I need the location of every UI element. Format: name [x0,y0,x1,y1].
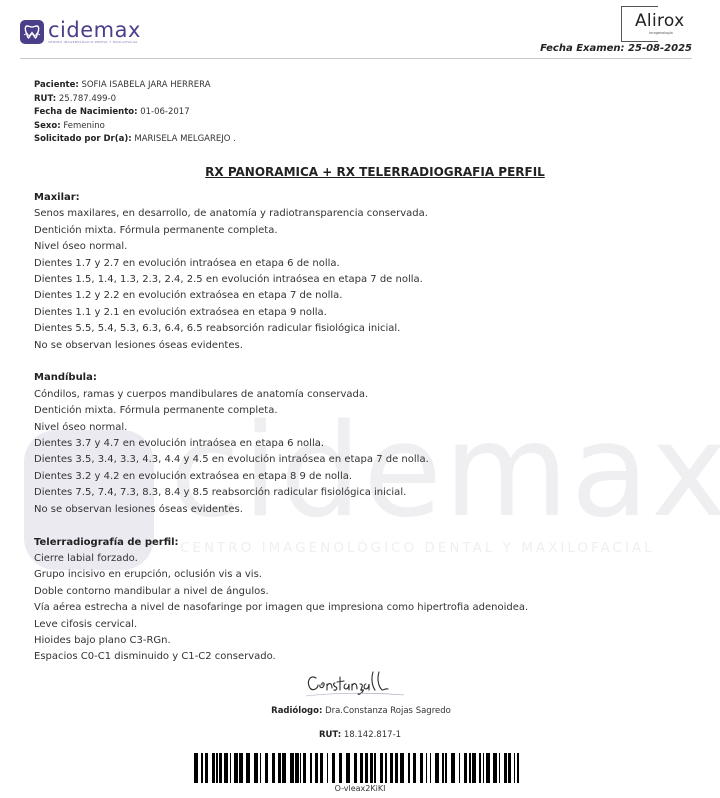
finding-line: Espacios C0-C1 disminuido y C1-C2 conser… [34,649,700,665]
radiologist-rut: RUT: 18.142.817-1 [0,730,720,740]
finding-line: Dientes 1.1 y 2.1 en evolución extraósea… [34,305,700,321]
finding-line: Dentición mixta. Fórmula permanente comp… [34,403,700,419]
cidemax-logo: cidemax CENTRO IMAGENOLÓGICO DENTAL Y MA… [20,20,141,44]
finding-line: Cierre labial forzado. [34,551,700,567]
finding-line: Nivel óseo normal. [34,420,700,436]
patient-name: SOFIA ISABELA JARA HERRERA [81,80,210,90]
patient-dob: 01-06-2017 [140,107,189,117]
alirox-logo: Alirox Imagenología [621,6,687,40]
finding-line: Dientes 1.7 y 2.7 en evolución intraósea… [34,256,700,272]
finding-line: No se observan lesiones óseas evidentes. [34,338,700,354]
logo-name: cidemax [48,20,141,40]
patient-name-label: Paciente: [34,80,79,90]
radiologist-rut-label: RUT: [319,730,341,740]
finding-line: Cóndilos, ramas y cuerpos mandibulares d… [34,387,700,403]
patient-sex: Femenino [63,121,105,131]
exam-date: Fecha Examen: 25-08-2025 [540,43,692,54]
signature-icon [300,668,410,702]
finding-line: Grupo incisivo en erupción, oclusión vis… [34,567,700,583]
patient-rut-row: RUT: 25.787.499-0 [34,93,236,107]
requested-by-label: Solicitado por Dr(a): [34,134,132,144]
header-divider [20,58,692,59]
patient-rut-label: RUT: [34,94,56,104]
report-section: Mandíbula:Cóndilos, ramas y cuerpos mand… [34,370,700,518]
report-body: Maxilar:Senos maxilares, en desarrollo, … [34,190,700,682]
finding-line: Doble contorno mandibular a nivel de áng… [34,584,700,600]
exam-date-value: 25-08-2025 [628,43,692,54]
patient-sex-label: Sexo: [34,121,61,131]
finding-line: Hioides bajo plano C3-RGn. [34,633,700,649]
requested-by: MARISELA MELGAREJO . [134,134,236,144]
finding-line: Dientes 3.2 y 4.2 en evolución extraósea… [34,469,700,485]
patient-name-row: Paciente: SOFIA ISABELA JARA HERRERA [34,79,236,93]
tooth-icon [20,20,44,44]
radiologist-name: Dra.Constanza Rojas Sagredo [325,706,451,716]
requested-by-row: Solicitado por Dr(a): MARISELA MELGAREJO… [34,133,236,147]
finding-line: Nivel óseo normal. [34,239,700,255]
finding-line: Dientes 3.7 y 4.7 en evolución intraósea… [34,436,700,452]
barcode [194,753,520,783]
logo-subtitle: CENTRO IMAGENOLÓGICO DENTAL Y MAXILOFACI… [48,40,141,44]
patient-info: Paciente: SOFIA ISABELA JARA HERRERA RUT… [34,79,236,147]
patient-rut: 25.787.499-0 [59,94,116,104]
report-title: RX PANORAMICA + RX TELERRADIOGRAFIA PERF… [0,165,720,179]
report-section: Maxilar:Senos maxilares, en desarrollo, … [34,190,700,354]
finding-line: No se observan lesiones óseas evidentes. [34,502,700,518]
radiologist-label: Radiólogo: [271,706,322,716]
finding-line: Dientes 1.5, 1.4, 1.3, 2.3, 2.4, 2.5 en … [34,272,700,288]
finding-line: Dientes 7.5, 7.4, 7.3, 8.3, 8.4 y 8.5 re… [34,485,700,501]
barcode-code: O-vleax2KiKI [0,784,720,793]
finding-line: Dientes 3.5, 3.4, 3.3, 4.3, 4.4 y 4.5 en… [34,452,700,468]
finding-line: Leve cifosis cervical. [34,617,700,633]
finding-line: Dientes 1.2 y 2.2 en evolución extraósea… [34,288,700,304]
section-heading: Telerradiografía de perfil: [34,535,700,551]
finding-line: Dientes 5.5, 5.4, 5.3, 6.3, 6.4, 6.5 rea… [34,321,700,337]
section-heading: Mandíbula: [34,370,700,386]
alirox-subtitle: Imagenología [649,31,673,35]
radiologist-rut-value: 18.142.817-1 [344,730,401,740]
patient-dob-label: Fecha de Nacimiento: [34,107,138,117]
alirox-name: Alirox [635,11,684,31]
finding-line: Senos maxilares, en desarrollo, de anato… [34,206,700,222]
finding-line: Vía aérea estrecha a nivel de nasofaring… [34,600,700,616]
report-section: Telerradiografía de perfil:Cierre labial… [34,535,700,666]
patient-sex-row: Sexo: Femenino [34,120,236,134]
exam-date-label: Fecha Examen: [540,43,624,54]
finding-line: Dentición mixta. Fórmula permanente comp… [34,223,700,239]
patient-dob-row: Fecha de Nacimiento: 01-06-2017 [34,106,236,120]
section-heading: Maxilar: [34,190,700,206]
radiologist: Radiólogo: Dra.Constanza Rojas Sagredo [0,706,720,716]
